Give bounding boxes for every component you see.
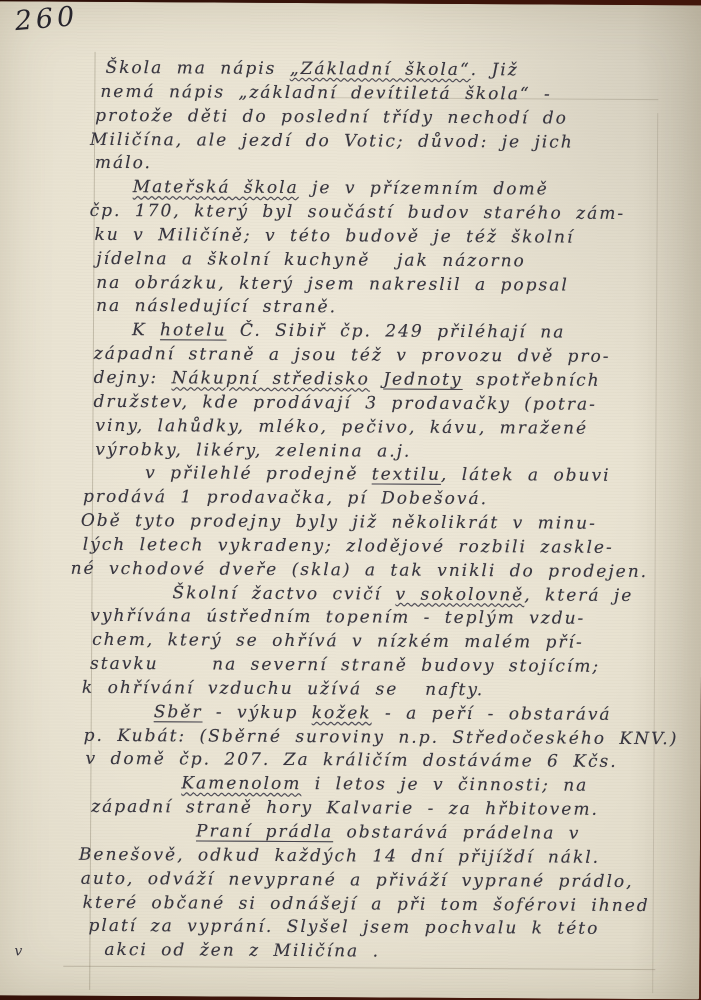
text-line: čp. 170, který byl součástí budov staréh… — [90, 200, 670, 227]
text-line: které občané si odnášejí a při tom šofér… — [83, 891, 666, 918]
text-line: K hotelu Č. Sibiř čp. 249 přiléhají na — [132, 319, 669, 346]
text-segment: které občané si odnášejí a při tom šofér… — [83, 892, 650, 915]
text-line: západní straně a jsou též v provozu dvě … — [94, 343, 669, 370]
text-segment: , která je — [524, 585, 633, 606]
text-line: Miličína, ale jezdí do Votic; důvod: je … — [90, 128, 670, 155]
text-segment: v přilehlé prodejně — [145, 463, 372, 484]
text-line: vyhřívána ústředním topením - teplým vzd… — [90, 605, 667, 632]
text-line: dejny: Nákupní středisko Jednoty spotřeb… — [94, 367, 669, 394]
underlined-phrase: v sokolovně — [395, 584, 524, 605]
text-line: na následující straně. — [96, 295, 669, 322]
text-segment: v domě čp. 207. Za králičím dostáváme 6 … — [85, 749, 617, 772]
text-segment: Č. Sibiř čp. 249 přiléhají na — [226, 321, 565, 343]
text-segment: nemá nápis „základní devítiletá škola“ - — [100, 82, 552, 105]
text-segment: - a peří - obstarává — [372, 703, 612, 724]
text-line: na obrázku, který jsem nakreslil a popsa… — [96, 271, 669, 298]
underlined-phrase: textilu — [372, 465, 441, 485]
text-segment: platí za vyprání. Slyšel jsem pochvalu k… — [88, 916, 599, 939]
text-segment: prodává 1 prodavačka, pí Dobešová. — [83, 487, 488, 509]
text-line: Mateřská škola je v přízemním domě — [133, 176, 670, 203]
text-line: Sběr - výkup kožek - a peří - obstarává — [154, 701, 667, 728]
underlined-phrase: Mateřská škola — [133, 177, 299, 198]
underlined-phrase: „Základní škola“ — [290, 59, 471, 80]
text-segment: málo. — [95, 153, 152, 173]
text-line: prodává 1 prodavačka, pí Dobešová. — [83, 486, 668, 513]
text-segment: . Již — [471, 60, 519, 80]
underlined-phrase: hotelu — [160, 321, 227, 341]
underlined-phrase: Praní prádla — [196, 821, 333, 842]
paper-page: 260 Škola ma nápis „Základní škola“. Již… — [0, 1, 701, 999]
page-number: 260 — [14, 1, 80, 37]
text-segment: , látek a obuvi — [441, 465, 611, 486]
text-segment: na obrázku, který jsem nakreslil a popsa… — [96, 272, 569, 295]
text-line: protože děti do poslední třídy nechodí d… — [95, 105, 670, 132]
text-line: k ohřívání vzduchu užívá se nafty. — [82, 677, 667, 704]
text-line: Školní žactvo cvičí v sokolovně, která j… — [172, 582, 667, 609]
underlined-phrase: Nákupní středisko — [172, 368, 370, 389]
text-line: auto, odváží nevyprané a přiváží vyprané… — [81, 867, 666, 894]
text-line: západní straně hory Kalvarie - za hřbito… — [91, 796, 666, 823]
text-segment: západní straně hory Kalvarie - za hřbito… — [91, 797, 599, 820]
text-segment: Benešově, odkud každých 14 dní přijíždí … — [79, 845, 600, 868]
text-segment: chem, který se ohřívá v nízkém malém pří… — [92, 630, 584, 653]
text-segment: ku v Miličíně; v této budově je též škol… — [94, 225, 574, 248]
chronicle-photo: 260 Škola ma nápis „Základní škola“. Již… — [0, 0, 701, 1000]
text-line: stavku na severní straně budovy stojícím… — [90, 653, 667, 680]
text-line: nemá nápis „základní devítiletá škola“ - — [100, 81, 670, 108]
text-segment: Školní žactvo cvičí — [172, 583, 395, 604]
text-segment: jídelna a školní kuchyně jak názorno — [96, 249, 526, 271]
text-segment: k ohřívání vzduchu užívá se nafty. — [82, 678, 484, 700]
text-segment: na následující straně. — [96, 296, 337, 317]
text-segment: spotřebních — [463, 370, 601, 391]
text-segment: p. Kubát: (Sběrné suroviny n.p. Středoče… — [84, 725, 679, 748]
text-segment: K — [132, 320, 160, 340]
text-segment — [370, 369, 384, 389]
text-line: v domě čp. 207. Za králičím dostáváme 6 … — [85, 748, 666, 775]
text-segment: auto, odváží nevyprané a přiváží vyprané… — [81, 868, 634, 891]
underlined-phrase: Kamenolom — [181, 774, 301, 795]
text-segment: Miličína, ale jezdí do Votic; důvod: je … — [90, 129, 574, 152]
text-line: Benešově, odkud každých 14 dní přijíždí … — [79, 844, 666, 871]
text-segment: stavku na severní straně budovy stojícím… — [90, 654, 600, 677]
text-line: lých letech vykradeny; zlodějové rozbili… — [83, 534, 668, 561]
margin-checkmark: v — [14, 943, 22, 959]
text-line: p. Kubát: (Sběrné suroviny n.p. Středoče… — [84, 724, 667, 751]
text-line: Obě tyto prodejny byly již několikrát v … — [81, 510, 668, 537]
pencil-guide-bottom — [63, 966, 655, 970]
text-segment: dejny: — [94, 368, 172, 388]
text-line: jídelna a školní kuchyně jak názorno — [96, 248, 669, 275]
text-line: Kamenolom i letos je v činnosti; na — [181, 773, 666, 800]
text-segment: Obě tyto prodejny byly již několikrát v … — [81, 511, 597, 534]
underlined-phrase: Jednoty — [383, 369, 463, 389]
text-segment: západní straně a jsou též v provozu dvě … — [94, 344, 611, 367]
text-segment: výrobky, likéry, zelenina a.j. — [95, 439, 411, 461]
text-line: ku v Miličíně; v této budově je též škol… — [94, 224, 669, 251]
text-segment: čp. 170, který byl součástí budov staréh… — [90, 201, 626, 224]
text-segment: - výkup — [202, 702, 311, 723]
underlined-phrase: kožek — [312, 703, 372, 723]
text-line: v přilehlé prodejně textilu, látek a obu… — [145, 462, 668, 489]
text-line: platí za vyprání. Slyšel jsem pochvalu k… — [88, 915, 665, 942]
text-segment: né vchodové dveře (skla) a tak vnikli do… — [71, 558, 649, 581]
text-segment: družstev, kde prodávají 3 prodavačky (po… — [94, 392, 597, 415]
text-line: chem, který se ohřívá v nízkém malém pří… — [92, 629, 667, 656]
text-line: né vchodové dveře (skla) a tak vnikli do… — [71, 557, 668, 584]
text-segment: je v přízemním domě — [299, 178, 549, 199]
text-segment: i letos je v činnosti; na — [301, 774, 588, 796]
text-line: akci od žen z Miličína . — [104, 939, 665, 966]
text-line: málo. — [95, 152, 670, 179]
underlined-phrase: Sběr — [154, 702, 203, 722]
text-line: Škola ma nápis „Základní škola“. Již — [105, 57, 670, 84]
text-segment: akci od žen z Miličína . — [104, 940, 380, 962]
manuscript-lines: Škola ma nápis „Základní škola“. Jižnemá… — [90, 57, 670, 966]
text-segment: lých letech vykradeny; zlodějové rozbili… — [83, 535, 614, 558]
text-line: družstev, kde prodávají 3 prodavačky (po… — [93, 391, 668, 418]
text-line: Praní prádla obstarává prádelna v — [196, 820, 666, 847]
text-segment: protože děti do poslední třídy nechodí d… — [95, 106, 568, 129]
text-segment: Škola ma nápis — [105, 58, 289, 79]
text-line: výrobky, likéry, zelenina a.j. — [95, 438, 668, 465]
text-segment: vyhřívána ústředním topením - teplým vzd… — [90, 606, 585, 629]
text-segment: obstarává prádelna v — [333, 822, 580, 843]
text-segment: viny, lahůdky, mléko, pečivo, kávu, mraž… — [95, 416, 588, 439]
text-line: viny, lahůdky, mléko, pečivo, kávu, mraž… — [95, 415, 668, 442]
